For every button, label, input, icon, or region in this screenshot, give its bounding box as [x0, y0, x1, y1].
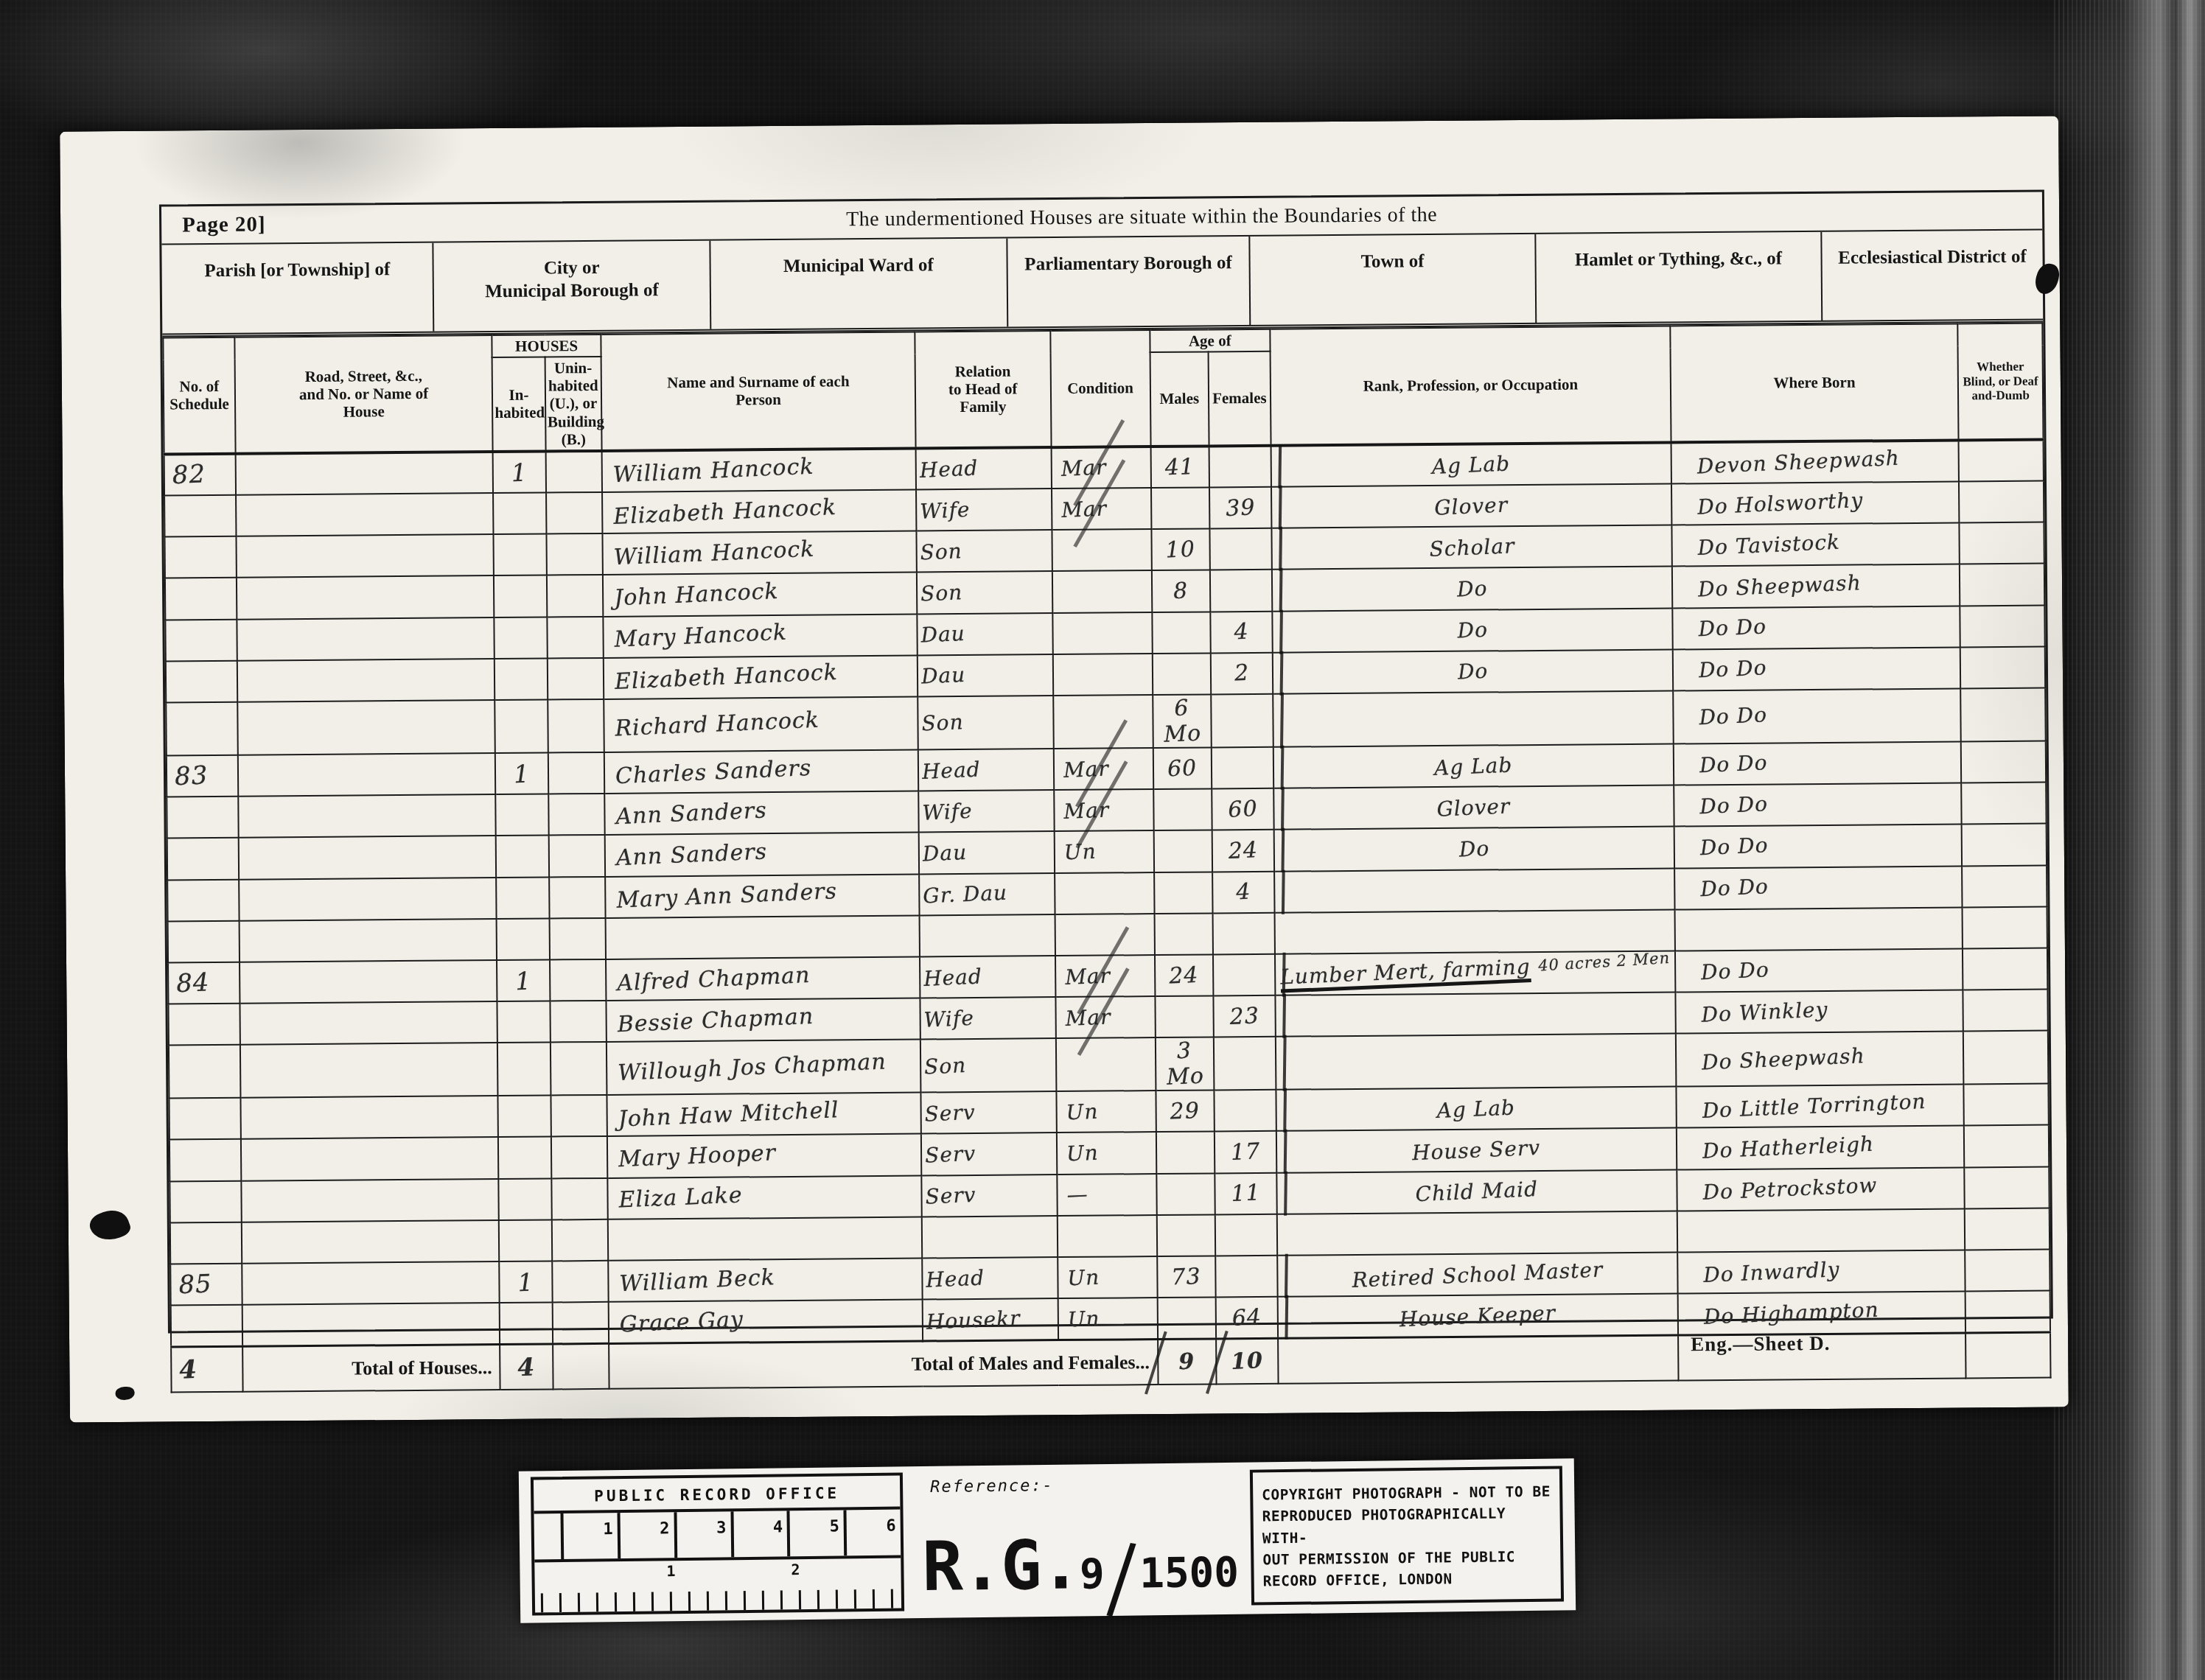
cell-age-males: 8: [1152, 570, 1210, 612]
cell-infirmity: [1960, 605, 2044, 647]
cell-schedule: 85: [170, 1264, 242, 1306]
cell-empty: [553, 1343, 609, 1390]
cell-name: William Hancock: [603, 531, 917, 575]
cell-where-born: Do Winkley: [1675, 990, 1963, 1034]
cell-name: Eliza Lake: [607, 1175, 921, 1219]
header-females: Females: [1208, 351, 1271, 446]
ruler-cm-scale: 123456: [534, 1509, 901, 1562]
cell-road: [236, 534, 494, 578]
col-town: Town of: [1248, 234, 1535, 325]
cell-empty: [1965, 1332, 2050, 1379]
cell-road: [240, 1043, 498, 1098]
cell-schedule: [168, 1004, 240, 1046]
cell-age-females: 23: [1213, 995, 1276, 1037]
cell-uninhabited: [549, 876, 606, 918]
cell-name: Ann Sanders: [605, 833, 919, 877]
ruler-inch-1: 1: [666, 1562, 675, 1580]
cell-name: Mary Ann Sanders: [605, 874, 919, 918]
cell-road: [236, 493, 494, 536]
sheet-label: Eng.—Sheet D.: [1691, 1332, 1831, 1356]
header-road: Road, Street, &c., and No. or Name of Ho…: [234, 335, 493, 454]
cell-age-males: 73: [1157, 1256, 1215, 1298]
cell-schedule: [170, 1139, 241, 1181]
cell-relation: Serv: [921, 1133, 1057, 1176]
cell-where-born: Do Little Torrington: [1676, 1085, 1964, 1128]
cell-occupation: Glover: [1271, 484, 1672, 528]
header-inhabited: In- habited: [492, 357, 545, 452]
col-hamlet: Hamlet or Tything, &c., of: [1534, 232, 1821, 323]
cell-schedule: [170, 1180, 241, 1222]
cell-where-born: Do Do: [1674, 741, 1962, 785]
cell-inhabited: [500, 1303, 553, 1345]
cell-inhabited: [496, 877, 549, 919]
cell-occupation: Do: [1273, 649, 1674, 693]
cell-inhabited: [493, 493, 546, 535]
film-edge-streaks: [2054, 0, 2205, 1680]
col-municipal-ward: Municipal Ward of: [709, 239, 1007, 329]
header-houses: HOUSES: [492, 335, 601, 357]
cell-road: [242, 1261, 500, 1305]
header-infirmity: Whether Blind, or Deaf and-Dumb: [1957, 323, 2043, 441]
cell-infirmity: [1964, 1125, 2049, 1167]
cell-schedule: [170, 1222, 242, 1264]
cell-uninhabited: [551, 1095, 607, 1137]
cell-schedule: [165, 578, 237, 620]
reference-panel: Reference:- R.G.9/1500: [917, 1463, 1250, 1618]
cell-schedule: [164, 495, 236, 537]
cell-condition: [1055, 872, 1155, 914]
ruler-cm-cell: 3: [674, 1511, 731, 1558]
cell-age-females: 4: [1210, 611, 1273, 653]
cell-uninhabited: [551, 1042, 607, 1096]
cell-age-females: 4: [1212, 871, 1275, 913]
cell-where-born: Do Tavistock: [1671, 523, 1960, 567]
reference-slash: /: [1103, 1520, 1140, 1634]
cell-road: [242, 1303, 500, 1346]
cell-infirmity: [1965, 1250, 2050, 1292]
cell-occupation: [1273, 690, 1674, 746]
cell-where-born: Do Sheepwash: [1676, 1032, 1964, 1087]
cell-uninhabited: [548, 752, 604, 794]
cell-infirmity: [1964, 1084, 2049, 1126]
cell-schedule: [171, 1305, 242, 1347]
cell-relation: [920, 914, 1055, 957]
cell-where-born: Do Petrockstow: [1677, 1167, 1965, 1211]
cell-relation: Housekr: [923, 1298, 1058, 1341]
header-relation: Relation to Head of Family: [915, 331, 1051, 448]
cell-road: [240, 960, 497, 1004]
cell-infirmity: [1960, 564, 2044, 606]
cell-where-born: Devon Sheepwash: [1671, 440, 1960, 483]
cell-name: Richard Hancock: [604, 697, 918, 752]
cell-age-females: 60: [1212, 788, 1274, 830]
ruler-inch-scale: 1 2: [534, 1558, 901, 1612]
cell-uninhabited: [552, 1261, 609, 1303]
cell-occupation: [1275, 993, 1676, 1037]
cell-age-males: [1152, 612, 1210, 654]
cell-age-females: [1215, 1256, 1278, 1298]
cell-relation: Wife: [916, 489, 1052, 531]
cell-empty: [1278, 1335, 1679, 1384]
cell-relation: Dau: [917, 613, 1052, 656]
cell-occupation: Do: [1274, 827, 1675, 871]
ruler-cm-cell: 4: [730, 1511, 788, 1557]
cell-condition: Un: [1056, 1091, 1156, 1133]
cell-name: Elizabeth Hancock: [604, 655, 918, 699]
cell-occupation: Ag Lab: [1273, 743, 1674, 788]
cell-schedule: [167, 797, 238, 839]
cell-road: [238, 753, 496, 797]
cell-relation: Dau: [919, 831, 1055, 874]
reference-label: Reference:-: [930, 1477, 1054, 1497]
cell-condition: [1052, 654, 1153, 696]
total-houses-value: 4: [500, 1344, 553, 1390]
cell-condition: [1052, 612, 1153, 654]
cell-schedule: [168, 921, 240, 963]
cell-age-females: [1209, 446, 1271, 488]
cell-age-females: 11: [1215, 1172, 1277, 1214]
cell-uninhabited: [548, 794, 605, 836]
cell-uninhabited: [549, 918, 606, 960]
cell-occupation: Ag Lab: [1271, 442, 1671, 486]
cell-where-born: Do Sheepwash: [1672, 564, 1960, 608]
cell-age-males: [1152, 653, 1210, 695]
total-males-females-label: Total of Males and Females...: [609, 1339, 1158, 1389]
ink-blob: [86, 1205, 133, 1246]
cell-infirmity: [1961, 741, 2046, 783]
cell-schedule: 82: [164, 454, 236, 496]
cell-infirmity: [1959, 439, 2044, 481]
cell-condition: Mar: [1055, 955, 1156, 997]
cell-schedule: [166, 661, 237, 703]
form-title: The undermentioned Houses are situate wi…: [403, 200, 1880, 235]
cell-age-males: [1153, 789, 1212, 831]
cell-road: [237, 617, 495, 661]
cell-condition: [1057, 1215, 1157, 1257]
cell-relation: Son: [918, 696, 1053, 749]
cell-age-females: [1210, 570, 1273, 612]
cell-relation: Son: [917, 572, 1052, 615]
cell-inhabited: [494, 575, 547, 617]
cell-occupation: Scholar: [1271, 525, 1672, 570]
cell-occupation: Do: [1272, 608, 1673, 652]
cell-where-born: [1677, 1208, 1965, 1252]
cell-condition: Un: [1058, 1256, 1158, 1298]
cell-uninhabited: [547, 658, 604, 700]
cell-uninhabited: [551, 1219, 608, 1261]
cell-road: [240, 1001, 497, 1045]
cell-age-males: [1155, 996, 1213, 1038]
cell-occupation: Do: [1272, 567, 1673, 611]
cell-age-males: [1153, 830, 1212, 872]
census-page: Page 20] The undermentioned Houses are s…: [60, 116, 2069, 1422]
header-condition: Condition: [1050, 330, 1150, 447]
cell-condition: [1052, 529, 1152, 571]
reference-series: R.G.: [922, 1525, 1080, 1606]
cell-road: [239, 919, 497, 962]
cell-road: [239, 836, 497, 879]
cell-schedule: 84: [168, 962, 240, 1004]
cell-name: Ann Sanders: [604, 791, 918, 836]
cell-age-females: [1211, 694, 1273, 748]
cell-age-females: [1214, 1037, 1276, 1091]
cell-uninhabited: [551, 1136, 608, 1178]
cell-age-females: [1215, 1214, 1278, 1256]
cell-uninhabited: [546, 492, 603, 534]
cell-name: [606, 915, 920, 959]
cell-infirmity: [1962, 865, 2047, 907]
ruler-inch-2: 2: [791, 1561, 800, 1578]
cell-age-males: 6 Mo: [1153, 694, 1212, 748]
cell-road: [237, 575, 495, 619]
cell-occupation: [1277, 1211, 1678, 1255]
cell-infirmity: [1960, 688, 2045, 742]
cell-condition: [1055, 1037, 1156, 1091]
cell-occupation: Glover: [1273, 785, 1674, 830]
cell-where-born: Do Highampton: [1678, 1292, 1966, 1335]
cell-schedule: [169, 1045, 240, 1099]
ruler-cm-cell: 5: [787, 1510, 845, 1556]
cell-name: [608, 1217, 922, 1261]
cell-where-born: [1675, 907, 1963, 951]
cell-relation: Serv: [921, 1175, 1057, 1217]
ruler-cm-cell: 2: [617, 1512, 674, 1558]
cell-relation: Dau: [918, 654, 1053, 697]
cell-condition: [1052, 570, 1152, 612]
cell-inhabited: [495, 658, 548, 700]
cell-schedule: [166, 702, 237, 756]
cell-name: John Hancock: [603, 573, 917, 617]
header-name: Name and Surname of each Person: [601, 332, 915, 451]
cell-inhabited: [497, 1001, 551, 1043]
cell-age-males: [1156, 1132, 1215, 1174]
cell-condition: [1053, 695, 1153, 749]
cell-name: John Haw Mitchell: [607, 1093, 921, 1137]
header-occupation: Rank, Profession, or Occupation: [1270, 326, 1671, 446]
cell-age-males: 60: [1153, 747, 1211, 789]
cell-road: [240, 1096, 498, 1139]
cell-relation: [922, 1216, 1058, 1259]
census-photograph: Page 20] The undermentioned Houses are s…: [0, 0, 2205, 1680]
cell-uninhabited: [552, 1302, 609, 1344]
cell-occupation: [1274, 909, 1675, 953]
col-parish: Parish [or Township] of: [161, 243, 433, 334]
archive-stamp-strip: PUBLIC RECORD OFFICE 123456 1 2 Referenc…: [519, 1458, 1576, 1623]
cell-occupation: House Serv: [1276, 1128, 1677, 1172]
cell-relation: Head: [920, 956, 1055, 998]
cell-relation: Head: [922, 1257, 1058, 1300]
cell-where-born: Do Do: [1673, 647, 1961, 690]
header-age: Age of: [1150, 329, 1270, 352]
page-number: Page 20]: [161, 211, 403, 238]
cell-name: Willough Jos Chapman: [607, 1040, 920, 1095]
cell-schedule: 83: [167, 755, 238, 797]
reference-piece: 1500: [1139, 1549, 1240, 1598]
cell-occupation: [1274, 868, 1675, 912]
total-males-value: 9: [1158, 1339, 1217, 1385]
cell-name: Alfred Chapman: [606, 956, 920, 1001]
cell-age-males: 24: [1155, 954, 1213, 996]
cell-infirmity: [1961, 783, 2046, 825]
total-females-value: 10: [1216, 1338, 1279, 1385]
cell-where-born: Do Inwardly: [1677, 1250, 1965, 1293]
cell-relation: Son: [916, 530, 1052, 573]
total-houses-label: Total of Houses...: [242, 1344, 500, 1392]
cell-infirmity: [1960, 522, 2044, 564]
cell-inhabited: 1: [495, 752, 548, 794]
ruler-cm-cell: 1: [561, 1513, 618, 1559]
public-record-office-ruler: PUBLIC RECORD OFFICE 123456 1 2: [531, 1472, 904, 1615]
cell-name: Charles Sanders: [604, 750, 918, 794]
cell-schedule: [167, 879, 239, 921]
cell-schedule: [167, 838, 239, 880]
cell-age-males: 41: [1150, 446, 1209, 488]
cell-name: Grace Gay: [609, 1300, 923, 1344]
cell-age-males: 29: [1156, 1091, 1214, 1133]
cell-infirmity: [1963, 906, 2047, 948]
cell-inhabited: 1: [493, 451, 546, 493]
cell-where-born: Do Do: [1673, 688, 1961, 743]
cell-inhabited: [498, 1096, 551, 1138]
cell-infirmity: [1960, 646, 2045, 688]
cell-where-born: Do Do: [1674, 825, 1963, 868]
col-parliamentary-borough: Parliamentary Borough of: [1006, 237, 1249, 327]
cell-age-females: 24: [1212, 830, 1274, 872]
cell-age-females: [1209, 528, 1272, 570]
cell-road: [237, 700, 495, 755]
cell-relation: Gr. Dau: [919, 873, 1055, 916]
cell-uninhabited: [547, 575, 604, 617]
ruler-cm-cell: [534, 1513, 562, 1559]
cell-inhabited: [497, 1043, 551, 1096]
col-ecclesiastical-district: Ecclesiastical District of: [1820, 231, 2043, 321]
cell-age-females: 39: [1209, 487, 1272, 529]
cell-infirmity: [1965, 1291, 2050, 1333]
cell-age-males: 10: [1151, 529, 1209, 571]
cell-infirmity: [1964, 1166, 2049, 1208]
cell-relation: Wife: [920, 997, 1055, 1040]
cell-schedule: [164, 536, 236, 578]
census-form: Page 20] The undermentioned Houses are s…: [159, 190, 2053, 1334]
cell-name: William Hancock: [602, 448, 916, 492]
header-males: Males: [1150, 352, 1209, 447]
cell-relation: Wife: [918, 790, 1054, 833]
cell-condition: Un: [1058, 1298, 1158, 1340]
cell-inhabited: [497, 918, 550, 960]
cell-condition: Mar: [1054, 789, 1154, 831]
cell-uninhabited: [546, 533, 603, 575]
cell-infirmity: [1959, 481, 2044, 523]
cell-infirmity: [1963, 1031, 2048, 1085]
cell-inhabited: [495, 617, 548, 659]
cell-relation: Head: [918, 749, 1054, 791]
cell-inhabited: [496, 836, 549, 878]
reference-piece: 9: [1080, 1550, 1105, 1598]
cell-age-males: [1156, 1173, 1215, 1215]
cell-occupation: Ag Lab: [1276, 1087, 1677, 1131]
cell-uninhabited: [550, 959, 607, 1001]
cell-inhabited: [499, 1219, 552, 1261]
cell-condition: Mar: [1055, 996, 1156, 1038]
cell-occupation: House Keeper: [1278, 1294, 1679, 1338]
cell-age-females: [1214, 1090, 1276, 1132]
cell-where-born: Do Do: [1672, 606, 1960, 649]
cell-infirmity: [1963, 948, 2047, 990]
cell-where-born: Do Do: [1674, 866, 1963, 909]
cell-inhabited: [498, 1137, 551, 1179]
cell-age-males: [1154, 872, 1212, 914]
cell-age-females: 17: [1215, 1131, 1277, 1173]
ruler-cm-cell: 6: [844, 1509, 901, 1555]
copyright-stamp: COPYRIGHT PHOTOGRAPH - NOT TO BE REPRODU…: [1245, 1461, 1568, 1609]
cell-age-females: [1213, 954, 1276, 996]
cell-inhabited: [499, 1178, 552, 1220]
copyright-text: COPYRIGHT PHOTOGRAPH - NOT TO BE REPRODU…: [1250, 1466, 1564, 1605]
cell-road: [235, 452, 493, 495]
pro-title: PUBLIC RECORD OFFICE: [534, 1475, 901, 1513]
cell-condition: Un: [1056, 1133, 1156, 1175]
cell-schedule: [165, 619, 237, 661]
cell-occupation: Child Maid: [1276, 1169, 1677, 1214]
location-header-row: Parish [or Township] of City or Municipa…: [161, 231, 2043, 337]
cell-where-born: Do Holsworthy: [1671, 481, 1960, 525]
cell-infirmity: [1963, 990, 2048, 1032]
cell-name: Mary Hancock: [603, 614, 917, 658]
cell-occupation: [1276, 1034, 1677, 1090]
cell-condition: Mar: [1051, 447, 1151, 489]
cell-uninhabited: [547, 617, 604, 659]
header-where-born: Where Born: [1670, 323, 1958, 442]
cell-age-males: 3 Mo: [1156, 1037, 1215, 1091]
cell-infirmity: [1965, 1208, 2050, 1250]
cell-age-males: [1151, 487, 1209, 529]
cell-condition: Mar: [1053, 748, 1153, 790]
cell-age-males: [1154, 913, 1212, 955]
cell-condition: Mar: [1052, 488, 1152, 530]
cell-totals-schedule: 4: [171, 1346, 242, 1393]
cell-relation: Head: [916, 447, 1052, 490]
cell-inhabited: 1: [497, 959, 550, 1001]
cell-uninhabited: [548, 835, 605, 877]
cell-where-born: Do Do: [1675, 948, 1963, 992]
ink-blob: [116, 1387, 135, 1400]
cell-road: [242, 1220, 500, 1264]
cell-inhabited: [495, 794, 548, 836]
cell-road: [241, 1138, 499, 1181]
cell-inhabited: [494, 534, 547, 576]
cell-infirmity: [1962, 824, 2047, 866]
cell-where-born: Do Hatherleigh: [1677, 1126, 1965, 1169]
cell-name: Elizabeth Hancock: [602, 490, 916, 534]
cell-uninhabited: [548, 699, 604, 753]
cell-uninhabited: [551, 1178, 608, 1220]
cell-name: Mary Hooper: [607, 1134, 921, 1178]
census-table: No. of Schedule Road, Street, &c., and N…: [162, 323, 2051, 1393]
reference-number: R.G.9/1500: [922, 1524, 1240, 1606]
cell-condition: —: [1057, 1174, 1157, 1216]
cell-uninhabited: [550, 1001, 607, 1043]
cell-inhabited: 1: [499, 1261, 552, 1303]
cell-road: [241, 1179, 499, 1222]
cell-schedule: [169, 1098, 240, 1140]
cell-occupation: Lumber Mert, farming40 acres 2 Men: [1275, 951, 1676, 995]
header-schedule: No. of Schedule: [163, 337, 235, 455]
cell-occupation: Retired School Master: [1277, 1253, 1678, 1297]
cell-name: William Beck: [608, 1259, 922, 1303]
cell-condition: Un: [1054, 830, 1154, 872]
header-uninhabited: Unin- habited (U.), or Building (B.): [545, 357, 602, 451]
cell-road: [237, 659, 495, 702]
